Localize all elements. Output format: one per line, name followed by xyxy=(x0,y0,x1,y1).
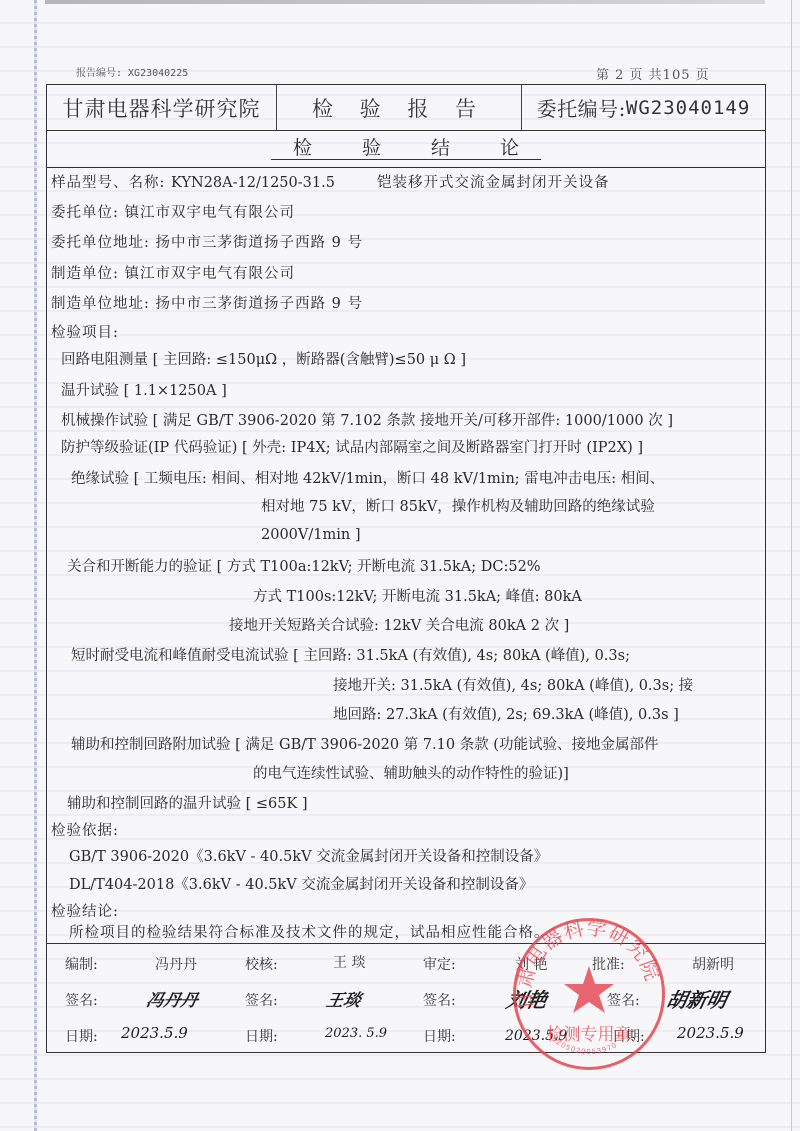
signoff-table: 编制: 冯丹丹 校核: 王 琰 审定: 刘 艳 批准: 胡新明 签名: 冯丹丹 … xyxy=(47,943,765,1055)
test-item-temperature-rise: 温升试验 [ 1.1×1250A ] xyxy=(61,383,227,400)
field-value: 镇江市双宇电气有限公司 xyxy=(125,266,296,282)
date-label-3: 日期: xyxy=(423,1026,456,1046)
report-frame: 甘肃电器科学研究院 检 验 报 告 委托编号: WG23040149 检 验 结… xyxy=(46,84,766,1053)
section-title-row: 检 验 结 论 xyxy=(47,130,765,168)
role-label-approved: 批准: xyxy=(592,954,625,974)
role-label-reviewed: 审定: xyxy=(423,954,456,974)
test-item-aux-control-1: 辅助和控制回路附加试验 [ 满足 GB/T 3906-2020 第 7.10 条… xyxy=(71,737,658,754)
test-item-short-time-3: 地回路: 27.3kA (有效值), 2s; 69.3kA (峰值), 0.3s… xyxy=(333,707,679,724)
role-label-compiled: 编制: xyxy=(65,954,98,974)
test-item-short-time-2: 接地开关: 31.5kA (有效值), 4s; 80kA (峰值), 0.3s;… xyxy=(333,678,693,695)
date-label-1: 日期: xyxy=(65,1026,98,1046)
field-label: 样品型号、名称: xyxy=(51,175,171,191)
scan-top-shadow xyxy=(45,0,765,4)
doc-type-title: 检 验 报 告 xyxy=(277,85,522,130)
conclusion-heading: 检验结论: xyxy=(51,904,119,921)
field-label: 委托单位地址: xyxy=(51,235,156,251)
sign-label-2: 签名: xyxy=(245,990,278,1010)
field-label: 委托单位: xyxy=(51,205,125,221)
field-client-address: 委托单位地址: 扬中市三茅街道扬子西路 9 号 xyxy=(51,235,363,252)
field-manufacturer-address: 制造单位地址: 扬中市三茅街道扬子西路 9 号 xyxy=(51,296,363,313)
section-title: 检 验 结 论 xyxy=(271,137,541,160)
page-info: 第 2 页 共105 页 xyxy=(596,64,710,83)
test-item-ip-code: 防护等级验证(IP 代码验证) [ 外壳: IP4X; 试品内部隔室之间及断路器… xyxy=(61,440,643,457)
field-value: 扬中市三茅街道扬子西路 9 号 xyxy=(156,296,363,312)
date-label-2: 日期: xyxy=(245,1026,278,1046)
date-compiled: 2023.5.9 xyxy=(121,1024,188,1042)
field-client: 委托单位: 镇江市双宇电气有限公司 xyxy=(51,205,295,222)
conclusion-text: 所检项目的检验结果符合标准及技术文件的规定，试品相应性能合格。 xyxy=(69,925,550,942)
test-item-short-time-1: 短时耐受电流和峰值耐受电流试验 [ 主回路: 31.5kA (有效值), 4s;… xyxy=(71,648,630,665)
field-manufacturer: 制造单位: 镇江市双宇电气有限公司 xyxy=(51,266,295,283)
field-value: KYN28A-12/1250-31.5 xyxy=(171,175,335,191)
sign-label-4: 签名: xyxy=(607,990,640,1010)
report-number: 报告编号: XG23040225 xyxy=(76,64,188,79)
institute-name: 甘肃电器科学研究院 xyxy=(47,85,277,130)
field-label: 制造单位: xyxy=(51,266,125,282)
commission-label: 委托编号: xyxy=(537,93,626,122)
test-item-mechanical-operation: 机械操作试验 [ 满足 GB/T 3906-2020 第 7.102 条款 接地… xyxy=(61,413,673,430)
test-item-loop-resistance: 回路电阻测量 [ 主回路: ≤150μΩ ，断路器(含触臂)≤50 μ Ω ] xyxy=(61,352,466,369)
field-value-name: 铠装移开式交流金属封闭开关设备 xyxy=(377,175,610,191)
field-value: 扬中市三茅街道扬子西路 9 号 xyxy=(156,235,363,251)
date-label-4: 日期: xyxy=(612,1026,645,1046)
name-compiled: 冯丹丹 xyxy=(155,954,197,974)
test-item-making-breaking-2: 方式 T100s:12kV; 开断电流 31.5kA; 峰值: 80kA xyxy=(253,589,582,606)
title-row: 甘肃电器科学研究院 检 验 报 告 委托编号: WG23040149 xyxy=(47,85,765,131)
basis-heading: 检验依据: xyxy=(51,823,119,840)
field-sample-model: 样品型号、名称: KYN28A-12/1250-31.5铠装移开式交流金属封闭开… xyxy=(51,175,609,192)
name-checked: 王 琰 xyxy=(333,952,365,972)
signature-checked: 王琰 xyxy=(327,986,361,1011)
test-item-insulation-2: 相对地 75 kV，断口 85kV，操作机构及辅助回路的绝缘试验 xyxy=(261,499,655,516)
date-approved: 2023.5.9 xyxy=(677,1024,744,1042)
sign-label-1: 签名: xyxy=(65,990,98,1010)
signature-reviewed: 刘艳 xyxy=(507,984,547,1013)
name-reviewed: 刘 艳 xyxy=(515,954,547,974)
date-checked: 2023. 5.9 xyxy=(325,1026,387,1041)
basis-standard-dl: DL/T404-2018《3.6kV - 40.5kV 交流金属封闭开关设备和控… xyxy=(69,877,533,894)
name-approved: 胡新明 xyxy=(692,954,734,974)
commission-number-cell: 委托编号: WG23040149 xyxy=(522,85,765,130)
test-item-making-breaking-1: 关合和开断能力的验证 [ 方式 T100a:12kV; 开断电流 31.5kA;… xyxy=(67,559,541,576)
test-item-making-breaking-3: 接地开关短路关合试验: 12kV 关合电流 80kA 2 次 ] xyxy=(229,618,569,635)
commission-number: WG23040149 xyxy=(626,97,750,119)
field-value: 镇江市双宇电气有限公司 xyxy=(125,205,296,221)
sign-label-3: 签名: xyxy=(423,990,456,1010)
scan-left-edge xyxy=(34,0,37,1131)
test-item-aux-control-2: 的电气连续性试验、辅助触头的动作特性的验证)] xyxy=(253,766,569,783)
scan-right-edge xyxy=(791,0,792,1131)
date-reviewed: 2023.5.9 xyxy=(505,1028,567,1044)
field-label: 制造单位地址: xyxy=(51,296,156,312)
test-item-insulation-1: 绝缘试验 [ 工频电压: 相间、相对地 42kV/1min，断口 48 kV/1… xyxy=(71,471,664,488)
test-item-insulation-3: 2000V/1min ] xyxy=(261,527,360,544)
signature-compiled: 冯丹丹 xyxy=(147,986,198,1011)
role-label-checked: 校核: xyxy=(245,954,278,974)
test-item-aux-temp-rise: 辅助和控制回路的温升试验 [ ≤65K ] xyxy=(67,796,308,813)
signature-approved: 胡新明 xyxy=(667,984,727,1013)
basis-standard-gb: GB/T 3906-2020《3.6kV - 40.5kV 交流金属封闭开关设备… xyxy=(69,849,548,866)
test-items-heading: 检验项目: xyxy=(51,325,119,342)
